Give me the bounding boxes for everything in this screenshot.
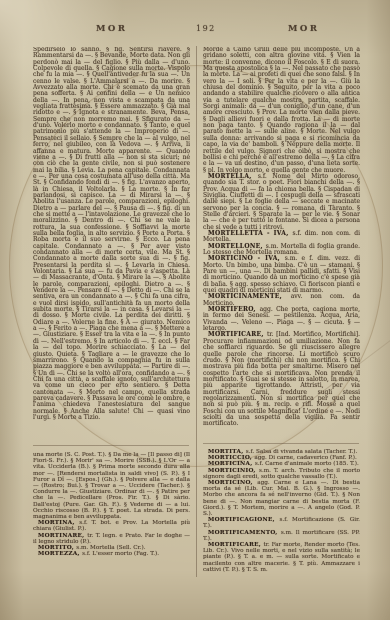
text-column-left-lower: una morte (S. C. Post. T.). § Da me la —… (33, 452, 190, 564)
dictionary-entry: MORTEZZA, s.f. L'esser morto (Fag. T.). (33, 551, 190, 557)
dictionary-entry: MORTIFERO, agg. Che porta, cagiona morte… (203, 307, 360, 332)
entry-headword: MORTICINA, (208, 461, 255, 467)
text-paragraph: Spedirselo lo sanno. § fig. Sentirsi ria… (33, 47, 190, 421)
dictionary-entry: MORTELLA, s.f. Nome del Mirto odoroso, q… (203, 174, 360, 231)
dictionary-entry: MORTIFICAMENTO, s.m. Il mortificare (SS.… (203, 530, 360, 542)
dictionary-entry: MORTICINO, agg. Carne e Lana —. Di besti… (203, 480, 360, 517)
entry-headword: MORTELLETTA - IVA, (208, 230, 293, 237)
dictionary-entry: MORTICINIO, s.m. T. arch. Tributo che il… (203, 468, 360, 480)
entry-headword: MORTELLA, (208, 173, 258, 180)
entry-headword: MORTIFICARE, (208, 542, 263, 548)
text-column-left-upper: Spedirselo lo sanno. § fig. Sentirsi ria… (33, 47, 190, 439)
entry-headword: MORTIFICARE, (208, 331, 267, 338)
dictionary-entry: MORTIFICAGIONE, s.f. Mortificazione (S. … (203, 517, 360, 529)
entry-headword: MORTICINO, (208, 480, 257, 486)
entry-headword: MORTIFICAGIONE, (208, 517, 280, 523)
dictionary-entry: MORTIFICARE, tr. [Ind. Mortìfico, Mortìf… (203, 332, 360, 427)
column-divider-rule (196, 46, 197, 577)
dictionary-entry: MORTINA, s.f. T. bot. e Prov. La Mortell… (33, 520, 190, 532)
entry-headword: MORTIFERO, (208, 306, 260, 313)
entry-headword: MORTINA, (38, 520, 79, 526)
dictionary-entry: MORTICINO - IVA, s.m. e f. dim. vezz. di… (203, 256, 360, 294)
scanned-page: MOR 192 MOR Spedirselo lo sanno. § fig. … (0, 0, 390, 620)
entry-headword: MORTELLONE, (208, 243, 266, 250)
text-paragraph: una morte (S. C. Post. T.). § Da me la —… (33, 452, 190, 520)
left-register-rule (33, 445, 189, 446)
entry-headword: MORTEZZA, (38, 551, 82, 557)
dictionary-entry: MORTIFICARE, tr. Far morte, Render morto… (203, 542, 360, 573)
dictionary-entry: MORTINARE, tr. T. legn. e Prato. Far le … (33, 533, 190, 545)
entry-headword: MORTIFICAMENTO, (208, 530, 281, 536)
right-register-rule (203, 443, 359, 444)
text-paragraph: Morde a Caino Grilli delle più incompost… (203, 47, 360, 174)
header-left-folio: MOR (96, 24, 127, 34)
entry-headword: MORTICINIO, (208, 468, 259, 474)
text-column-right-upper: Morde a Caino Grilli delle più incompost… (203, 47, 360, 437)
entry-headword: MORTICINAMENTE, (208, 293, 291, 300)
header-right-folio: MOR (288, 24, 319, 34)
entry-headword: MORTICINO - IVA, (208, 255, 285, 262)
text-column-right-lower: MORTITA, s.f. Salsa di vivanda salata (T… (203, 449, 360, 577)
header-page-number: 192 (196, 24, 216, 33)
entry-headword: MORTINARE, (38, 533, 87, 539)
